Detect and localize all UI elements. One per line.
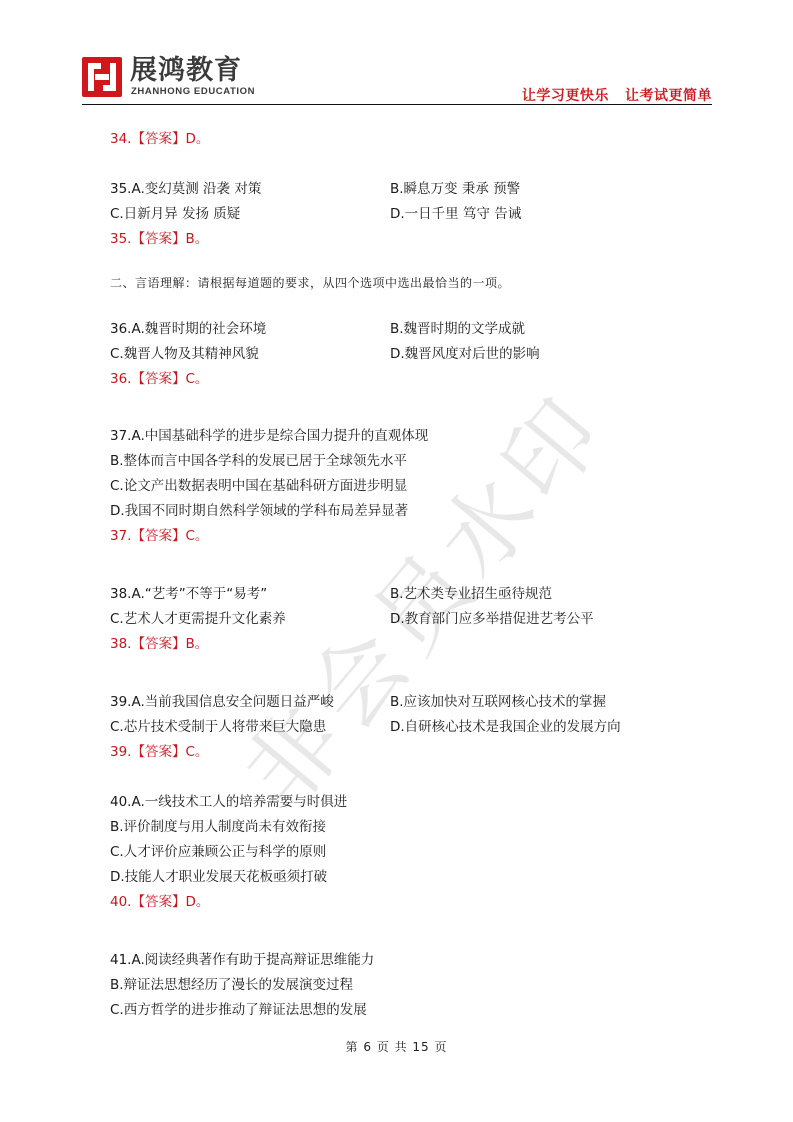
option-line: D.魏晋风度对后世的影响 [390,345,540,363]
option-line: C.论文产出数据表明中国在基础科研方面进步明显 [110,477,407,495]
option-line: D.自研核心技术是我国企业的发展方向 [390,718,621,736]
section-heading: 二、言语理解：请根据每道题的要求，从四个选项中选出最恰当的一项。 [110,274,510,292]
page-header: 展鸿教育 ZHANHONG EDUCATION 让学习更快乐 让考试更简单 [82,55,712,105]
option-line: C.日新月异 发扬 质疑 [110,205,240,223]
option-line: B.魏晋时期的文学成就 [390,320,525,338]
answer-line: 37.【答案】C。 [110,527,208,545]
option-line: C.艺术人才更需提升文化素养 [110,610,286,628]
answer-line: 35.【答案】B。 [110,230,208,248]
answer-line: 38.【答案】B。 [110,635,208,653]
header-divider [82,104,712,105]
option-line: B.评价制度与用人制度尚未有效衔接 [110,818,326,836]
option-line: B.瞬息万变 秉承 预警 [390,180,520,198]
option-line: 41.A.阅读经典著作有助于提高辩证思维能力 [110,951,374,969]
option-line: C.西方哲学的进步推动了辩证法思想的发展 [110,1001,367,1019]
option-line: B.应该加快对互联网核心技术的掌握 [390,693,606,711]
option-line: C.芯片技术受制于人将带来巨大隐患 [110,718,326,736]
zhanhong-logo-icon [82,57,122,97]
option-line: 38.A.“艺考”不等于“易考” [110,585,267,603]
option-line: C.人才评价应兼顾公正与科学的原则 [110,843,326,861]
option-line: B.整体而言中国各学科的发展已居于全球领先水平 [110,452,407,470]
answer-line: 34.【答案】D。 [110,130,209,148]
option-line: B.辩证法思想经历了漫长的发展演变过程 [110,976,353,994]
answer-line: 39.【答案】C。 [110,743,208,761]
option-line: D.教育部门应多举措促进艺考公平 [390,610,594,628]
option-line: D.我国不同时期自然科学领域的学科布局差异显著 [110,502,408,520]
option-line: 35.A.变幻莫测 沿袭 对策 [110,180,261,198]
answer-line: 36.【答案】C。 [110,370,208,388]
option-line: D.一日千里 笃守 告诫 [390,205,521,223]
option-line: B.艺术类专业招生亟待规范 [390,585,552,603]
option-line: 39.A.当前我国信息安全问题日益严峻 [110,693,334,711]
logo-chinese-name: 展鸿教育 [130,55,242,87]
answer-line: 40.【答案】D。 [110,893,209,911]
logo-english-name: ZHANHONG EDUCATION [131,86,255,97]
option-line: D.技能人才职业发展天花板亟须打破 [110,868,327,886]
option-line: 36.A.魏晋时期的社会环境 [110,320,266,338]
option-line: C.魏晋人物及其精神风貌 [110,345,259,363]
option-line: 40.A.一线技术工人的培养需要与时俱进 [110,793,347,811]
header-slogan: 让学习更快乐 让考试更简单 [522,85,712,105]
option-line: 37.A.中国基础科学的进步是综合国力提升的直观体现 [110,427,428,445]
page-footer: 第 6 页 共 15 页 [0,1038,793,1055]
